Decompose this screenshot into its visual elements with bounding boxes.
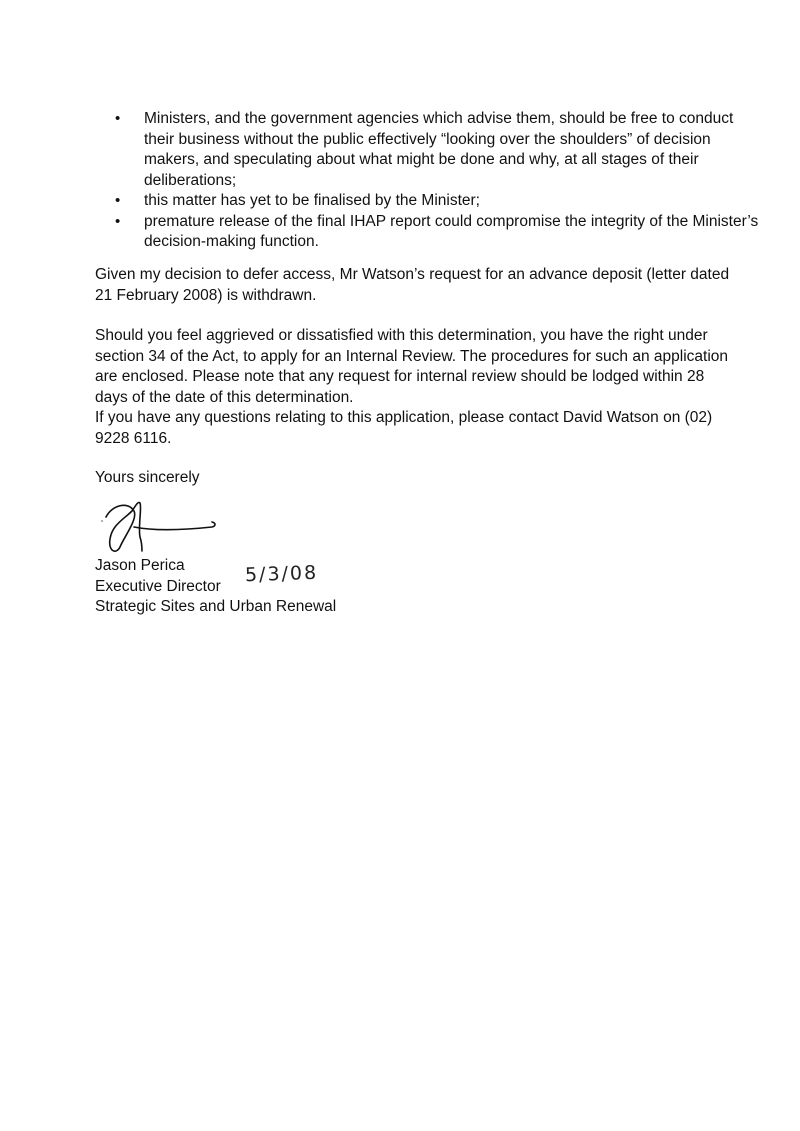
reasons-list: Ministers, and the government agencies w… [96,109,764,253]
closing-salutation: Yours sincerely [95,468,735,489]
reason-item: premature release of the final IHAP repo… [144,212,764,253]
letter-page: Ministers, and the government agencies w… [0,0,800,1131]
reason-item: this matter has yet to be finalised by t… [144,191,764,212]
handwritten-date: 5/3/08 [245,562,319,587]
signatory-unit: Strategic Sites and Urban Renewal [95,597,336,618]
reason-item: Ministers, and the government agencies w… [144,109,764,191]
deposit-withdrawn-paragraph: Given my decision to defer access, Mr Wa… [95,265,735,306]
internal-review-paragraph: Should you feel aggrieved or dissatisfie… [95,326,735,408]
contact-paragraph: If you have any questions relating to th… [95,408,735,449]
signature-icon [94,497,224,555]
